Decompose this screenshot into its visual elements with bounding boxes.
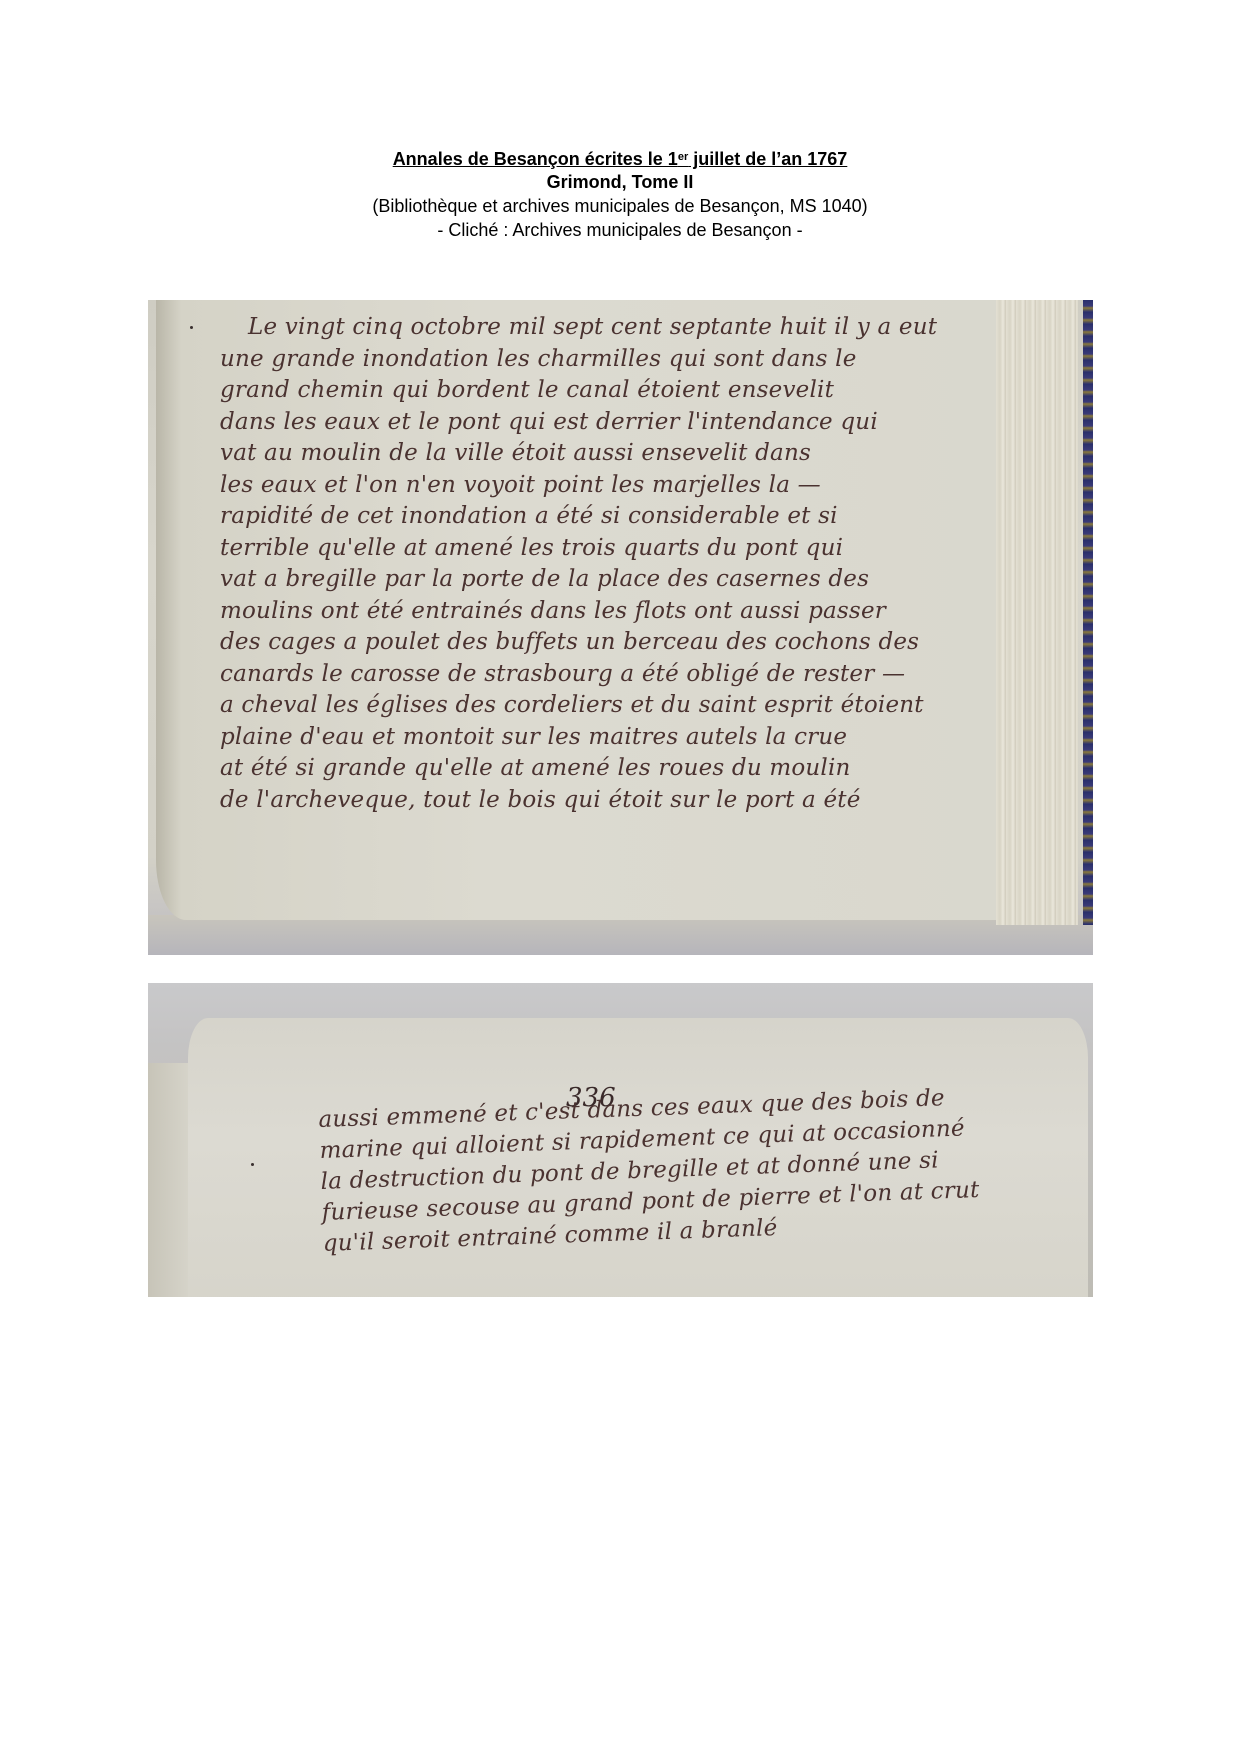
- handwritten-line: des cages a poulet des buffets un bercea…: [220, 627, 937, 659]
- table-surface: [148, 915, 1093, 955]
- document-title: Annales de Besançon écrites le 1er juill…: [0, 148, 1240, 170]
- handwritten-line: une grande inondation les charmilles qui…: [220, 344, 937, 376]
- handwritten-line: rapidité de cet inondation a été si cons…: [220, 501, 937, 533]
- source-citation: (Bibliothèque et archives municipales de…: [0, 194, 1240, 218]
- handwritten-line: grand chemin qui bordent le canal étoien…: [220, 375, 937, 407]
- title-superscript: er: [678, 151, 688, 163]
- handwritten-line: Le vingt cinq octobre mil sept cent sept…: [220, 312, 937, 344]
- photo-credit: - Cliché : Archives municipales de Besan…: [0, 218, 1240, 242]
- title-text-end: juillet de l’an 1767: [688, 149, 847, 169]
- title-text: Annales de Besançon écrites le 1: [393, 149, 678, 169]
- handwritten-line: de l'archeveque, tout le bois qui étoit …: [220, 785, 937, 817]
- previous-page-edge: [148, 1063, 193, 1297]
- ink-speck: [190, 326, 193, 329]
- handwritten-line: terrible qu'elle at amené les trois quar…: [220, 533, 937, 565]
- manuscript-photo-1: Le vingt cinq octobre mil sept cent sept…: [148, 300, 1093, 955]
- handwritten-line: vat a bregille par la porte de la place …: [220, 564, 937, 596]
- document-header: Annales de Besançon écrites le 1er juill…: [0, 148, 1240, 242]
- page-edges: [996, 300, 1078, 925]
- handwritten-text: aussi emmené et c'est dans ces eaux que …: [318, 1082, 981, 1260]
- document-subtitle: Grimond, Tome II: [0, 170, 1240, 194]
- handwritten-line: moulins ont été entrainés dans les flots…: [220, 596, 937, 628]
- handwritten-line: at été si grande qu'elle at amené les ro…: [220, 753, 937, 785]
- handwritten-line: dans les eaux et le pont qui est derrier…: [220, 407, 937, 439]
- handwritten-line: a cheval les églises des cordeliers et d…: [220, 690, 937, 722]
- handwritten-text: Le vingt cinq octobre mil sept cent sept…: [220, 312, 937, 816]
- ink-speck: [251, 1163, 254, 1166]
- book-cover-marbled: [1083, 300, 1093, 925]
- handwritten-line: canards le carosse de strasbourg a été o…: [220, 659, 937, 691]
- handwritten-line: plaine d'eau et montoit sur les maitres …: [220, 722, 937, 754]
- manuscript-photo-2: 336 aussi emmené et c'est dans ces eaux …: [148, 983, 1093, 1297]
- handwritten-line: vat au moulin de la ville étoit aussi en…: [220, 438, 937, 470]
- handwritten-line: les eaux et l'on n'en voyoit point les m…: [220, 470, 937, 502]
